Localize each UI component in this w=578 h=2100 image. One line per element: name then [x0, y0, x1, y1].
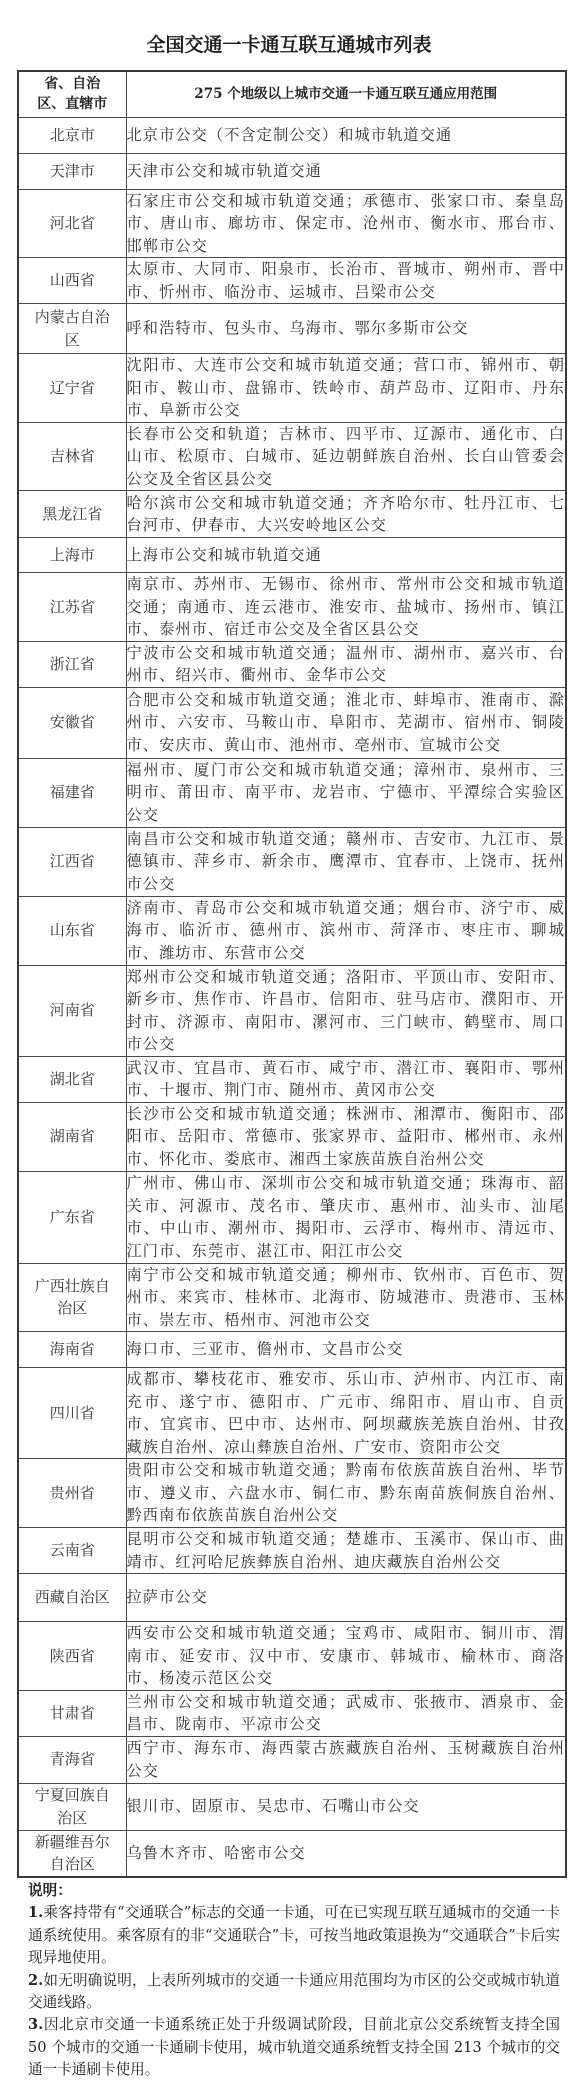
table-row: 江西省南昌市公交和城市轨道交通；赣州市、吉安市、九江市、景德镇市、萍乡市、新余市…	[18, 827, 566, 896]
scope-cell: 乌鲁木齐市、哈密市公交	[126, 1830, 566, 1877]
scope-cell: 沈阳市、大连市公交和城市轨道交通；营口市、锦州市、朝阳市、鞍山市、盘锦市、铁岭市…	[126, 354, 566, 423]
region-cell: 湖北省	[18, 1056, 126, 1102]
scope-cell: 济南市、青岛市公交和城市轨道交通；烟台市、济宁市、威海市、临沂市、德州市、滨州市…	[126, 896, 566, 965]
scope-cell: 西安市公交和城市轨道交通；宝鸡市、咸阳市、铜川市、渭南市、延安市、汉中市、安康市…	[126, 1622, 566, 1691]
scope-cell: 合肥市公交和城市轨道交通；淮北市、蚌埠市、淮南市、滁州市、六安市、马鞍山市、阜阳…	[126, 687, 566, 758]
note-item: 3.因北京市交通一卡通系统正处于升级调试阶段，目前北京公交系统暂支持全国 50 …	[28, 2014, 560, 2081]
scope-cell: 福州市、厦门市公交和城市轨道交通；漳州市、泉州市、三明市、莆田市、南平市、龙岩市…	[126, 758, 566, 827]
region-cell: 海南省	[18, 1332, 126, 1368]
region-cell: 青海省	[18, 1736, 126, 1783]
region-cell: 江苏省	[18, 573, 126, 642]
region-cell: 山东省	[18, 896, 126, 965]
region-cell: 上海市	[18, 538, 126, 573]
table-row: 吉林省长春市公交和轨道；吉林市、四平市、辽源市、通化市、白山市、松原市、白城市、…	[18, 422, 566, 491]
scope-cell: 宁波市公交和城市轨道交通；温州市、湖州市、嘉兴市、台州市、绍兴市、衢州市、金华市…	[126, 641, 566, 687]
region-cell: 天津市	[18, 153, 126, 189]
table-row: 福建省福州市、厦门市公交和城市轨道交通；漳州市、泉州市、三明市、莆田市、南平市、…	[18, 758, 566, 827]
region-cell: 吉林省	[18, 422, 126, 491]
scope-cell: 天津市公交和城市轨道交通	[126, 153, 566, 189]
scope-cell: 上海市公交和城市轨道交通	[126, 538, 566, 573]
scope-cell: 武汉市、宜昌市、黄石市、咸宁市、潜江市、襄阳市、鄂州市、十堰市、荆门市、随州市、…	[126, 1056, 566, 1102]
scope-cell: 海口市、三亚市、儋州市、文昌市公交	[126, 1332, 566, 1368]
region-cell: 宁夏回族自治区	[18, 1783, 126, 1830]
scope-cell: 南宁市公交和城市轨道交通；柳州市、钦州市、百色市、贺州市、来宾市、桂林市、北海市…	[126, 1263, 566, 1332]
table-row: 四川省成都市、攀枝花市、雅安市、乐山市、泸州市、内江市、南充市、遂宁市、德阳市、…	[18, 1368, 566, 1459]
scope-cell: 南昌市公交和城市轨道交通；赣州市、吉安市、九江市、景德镇市、萍乡市、新余市、鹰潭…	[126, 827, 566, 896]
table-row: 内蒙古自治区呼和浩特市、包头市、乌海市、鄂尔多斯市公交	[18, 304, 566, 354]
note-item: 1.乘客持带有“交通联合”标志的交通一卡通，可在已实现互联互通城市的交通一卡通系…	[28, 1902, 560, 1969]
region-cell: 甘肃省	[18, 1690, 126, 1736]
table-row: 青海省西宁市、海东市、海西蒙古族藏族自治州、玉树藏族自治州公交	[18, 1736, 566, 1783]
region-cell: 贵州省	[18, 1459, 126, 1528]
region-cell: 陕西省	[18, 1622, 126, 1691]
table-row: 贵州省贵阳市公交和城市轨道交通；黔南布依族苗族自治州、毕节市、遵义市、六盘水市、…	[18, 1459, 566, 1528]
region-cell: 广西壮族自治区	[18, 1263, 126, 1332]
region-cell: 湖南省	[18, 1102, 126, 1171]
table-row: 浙江省宁波市公交和城市轨道交通；温州市、湖州市、嘉兴市、台州市、绍兴市、衢州市、…	[18, 641, 566, 687]
table-row: 云南省昆明市公交和城市轨道交通；楚雄市、玉溪市、保山市、曲靖市、红河哈尼族彝族自…	[18, 1528, 566, 1574]
scope-cell: 成都市、攀枝花市、雅安市、乐山市、泸州市、内江市、南充市、遂宁市、德阳市、广元市…	[126, 1368, 566, 1459]
region-cell: 辽宁省	[18, 354, 126, 423]
table-row: 天津市天津市公交和城市轨道交通	[18, 153, 566, 189]
table-row: 甘肃省兰州市公交和城市轨道交通；武威市、张掖市、酒泉市、金昌市、陇南市、平凉市公…	[18, 1690, 566, 1736]
region-cell: 江西省	[18, 827, 126, 896]
scope-cell: 长春市公交和轨道；吉林市、四平市、辽源市、通化市、白山市、松原市、白城市、延边朝…	[126, 422, 566, 491]
scope-cell: 长沙市公交和城市轨道交通；株洲市、湘潭市、衡阳市、邵阳市、岳阳市、常德市、张家界…	[126, 1102, 566, 1171]
region-cell: 河北省	[18, 189, 126, 258]
table-row: 海南省海口市、三亚市、儋州市、文昌市公交	[18, 1332, 566, 1368]
region-cell: 福建省	[18, 758, 126, 827]
table-row: 上海市上海市公交和城市轨道交通	[18, 538, 566, 573]
scope-cell: 石家庄市公交和城市轨道交通；承德市、张家口市、秦皇岛市、唐山市、廊坊市、保定市、…	[126, 189, 566, 258]
region-cell: 北京市	[18, 117, 126, 153]
scope-cell: 拉萨市公交	[126, 1574, 566, 1622]
table-row: 广西壮族自治区南宁市公交和城市轨道交通；柳州市、钦州市、百色市、贺州市、来宾市、…	[18, 1263, 566, 1332]
table-row: 北京市北京市公交（不含定制公交）和城市轨道交通	[18, 117, 566, 153]
table-row: 宁夏回族自治区银川市、固原市、吴忠市、石嘴山市公交	[18, 1783, 566, 1830]
document-title: 全国交通一卡通互联互通城市列表	[0, 30, 578, 60]
scope-cell: 昆明市公交和城市轨道交通；楚雄市、玉溪市、保山市、曲靖市、红河哈尼族彝族自治州、…	[126, 1528, 566, 1574]
table-row: 西藏自治区拉萨市公交	[18, 1574, 566, 1622]
table-row: 安徽省合肥市公交和城市轨道交通；淮北市、蚌埠市、淮南市、滁州市、六安市、马鞍山市…	[18, 687, 566, 758]
header-region: 省、自治区、直辖市	[18, 71, 126, 117]
scope-cell: 北京市公交（不含定制公交）和城市轨道交通	[126, 117, 566, 153]
table-row: 山西省太原市、大同市、阳泉市、长治市、晋城市、朔州市、晋中市、忻州市、临汾市、运…	[18, 258, 566, 304]
region-cell: 浙江省	[18, 641, 126, 687]
region-cell: 四川省	[18, 1368, 126, 1459]
region-cell: 河南省	[18, 965, 126, 1056]
region-cell: 广东省	[18, 1171, 126, 1263]
scope-cell: 贵阳市公交和城市轨道交通；黔南布依族苗族自治州、毕节市、遵义市、六盘水市、铜仁市…	[126, 1459, 566, 1528]
scope-cell: 太原市、大同市、阳泉市、长治市、晋城市、朔州市、晋中市、忻州市、临汾市、运城市、…	[126, 258, 566, 304]
scope-cell: 广州市、佛山市、深圳市公交和城市轨道交通；珠海市、韶关市、河源市、茂名市、肇庆市…	[126, 1171, 566, 1263]
table-header-row: 省、自治区、直辖市 275 个地级以上城市交通一卡通互联互通应用范围	[18, 71, 566, 117]
scope-cell: 哈尔滨市公交和城市轨道交通；齐齐哈尔市、牡丹江市、七台河市、伊春市、大兴安岭地区…	[126, 491, 566, 538]
table-row: 河南省郑州市公交和城市轨道交通；洛阳市、平顶山市、安阳市、新乡市、焦作市、许昌市…	[18, 965, 566, 1056]
region-cell: 安徽省	[18, 687, 126, 758]
table-row: 河北省石家庄市公交和城市轨道交通；承德市、张家口市、秦皇岛市、唐山市、廊坊市、保…	[18, 189, 566, 258]
scope-cell: 郑州市公交和城市轨道交通；洛阳市、平顶山市、安阳市、新乡市、焦作市、许昌市、信阳…	[126, 965, 566, 1056]
scope-cell: 银川市、固原市、吴忠市、石嘴山市公交	[126, 1783, 566, 1830]
region-cell: 山西省	[18, 258, 126, 304]
region-cell: 黑龙江省	[18, 491, 126, 538]
table-body: 北京市北京市公交（不含定制公交）和城市轨道交通天津市天津市公交和城市轨道交通河北…	[18, 117, 566, 1877]
scope-cell: 南京市、苏州市、无锡市、徐州市、常州市公交和城市轨道交通；南通市、连云港市、淮安…	[126, 573, 566, 642]
region-cell: 西藏自治区	[18, 1574, 126, 1622]
table-row: 江苏省南京市、苏州市、无锡市、徐州市、常州市公交和城市轨道交通；南通市、连云港市…	[18, 573, 566, 642]
table-row: 湖南省长沙市公交和城市轨道交通；株洲市、湘潭市、衡阳市、邵阳市、岳阳市、常德市、…	[18, 1102, 566, 1171]
table-row: 广东省广州市、佛山市、深圳市公交和城市轨道交通；珠海市、韶关市、河源市、茂名市、…	[18, 1171, 566, 1263]
table-row: 湖北省武汉市、宜昌市、黄石市、咸宁市、潜江市、襄阳市、鄂州市、十堰市、荆门市、随…	[18, 1056, 566, 1102]
table-row: 山东省济南市、青岛市公交和城市轨道交通；烟台市、济宁市、威海市、临沂市、德州市、…	[18, 896, 566, 965]
region-cell: 云南省	[18, 1528, 126, 1574]
region-cell: 内蒙古自治区	[18, 304, 126, 354]
table-row: 新疆维吾尔自治区乌鲁木齐市、哈密市公交	[18, 1830, 566, 1877]
note-item: 2.如无明确说明，上表所列城市的交通一卡通应用范围均为市区的公交或城市轨道交通线…	[28, 1970, 560, 2015]
table-row: 辽宁省沈阳市、大连市公交和城市轨道交通；营口市、锦州市、朝阳市、鞍山市、盘锦市、…	[18, 354, 566, 423]
region-cell: 新疆维吾尔自治区	[18, 1830, 126, 1877]
table-row: 陕西省西安市公交和城市轨道交通；宝鸡市、咸阳市、铜川市、渭南市、延安市、汉中市、…	[18, 1622, 566, 1691]
scope-cell: 呼和浩特市、包头市、乌海市、鄂尔多斯市公交	[126, 304, 566, 354]
scope-cell: 西宁市、海东市、海西蒙古族藏族自治州、玉树藏族自治州公交	[126, 1736, 566, 1783]
header-scope: 275 个地级以上城市交通一卡通互联互通应用范围	[126, 71, 566, 117]
notes-heading: 说明：	[28, 1880, 560, 1902]
city-table: 省、自治区、直辖市 275 个地级以上城市交通一卡通互联互通应用范围 北京市北京…	[17, 70, 567, 1878]
notes-section: 说明： 1.乘客持带有“交通联合”标志的交通一卡通，可在已实现互联互通城市的交通…	[28, 1880, 560, 2082]
scope-cell: 兰州市公交和城市轨道交通；武威市、张掖市、酒泉市、金昌市、陇南市、平凉市公交	[126, 1690, 566, 1736]
table-row: 黑龙江省哈尔滨市公交和城市轨道交通；齐齐哈尔市、牡丹江市、七台河市、伊春市、大兴…	[18, 491, 566, 538]
